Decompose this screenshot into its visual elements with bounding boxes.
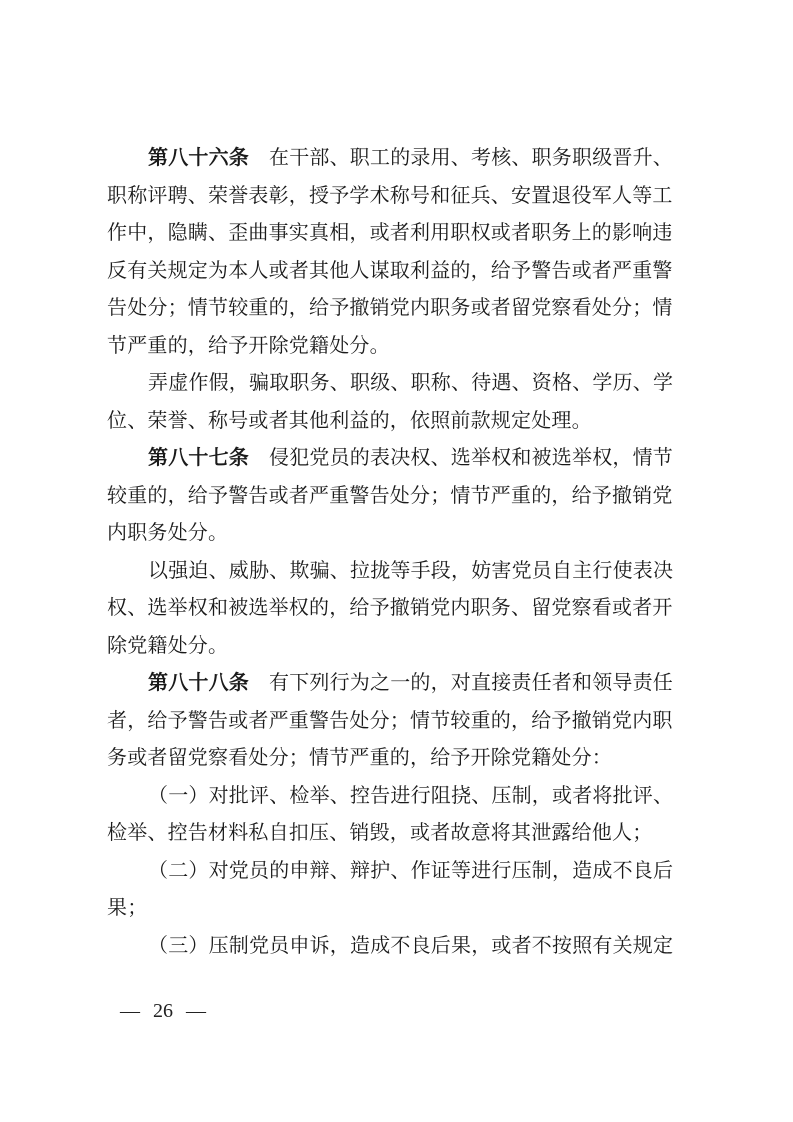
text-line: 检举、控告材料私自扣压、销毁，或者故意将其泄露给他人； [107, 814, 625, 852]
page-number: — 26 — [120, 1000, 206, 1023]
text-line: （一）对批评、检举、控告进行阻挠、压制，或者将批评、 [107, 777, 625, 815]
text-line: 第八十六条在干部、职工的录用、考核、职务职级晋升、 [107, 139, 625, 177]
text-line: 第八十七条侵犯党员的表决权、选举权和被选举权，情节 [107, 439, 625, 477]
text-line: 内职务处分。 [107, 514, 625, 552]
text-line: 弄虚作假，骗取职务、职级、职称、待遇、资格、学历、学 [107, 364, 625, 402]
text-line: 节严重的，给予开除党籍处分。 [107, 327, 625, 365]
text-line: 权、选举权和被选举权的，给予撤销党内职务、留党察看或者开 [107, 589, 625, 627]
text-line: 务或者留党察看处分；情节严重的，给予开除党籍处分： [107, 739, 625, 777]
text-line: 告处分；情节较重的，给予撤销党内职务或者留党察看处分；情 [107, 289, 625, 327]
article-heading: 第八十八条 [148, 670, 249, 694]
article-heading: 第八十六条 [148, 145, 249, 169]
text-line: 除党籍处分。 [107, 627, 625, 665]
text-line: 以强迫、威胁、欺骗、拉拢等手段，妨害党员自主行使表决 [107, 552, 625, 590]
text-line: 第八十八条有下列行为之一的，对直接责任者和领导责任 [107, 664, 625, 702]
text-line: 果； [107, 889, 625, 927]
article-heading: 第八十七条 [148, 445, 249, 469]
document-body: 第八十六条在干部、职工的录用、考核、职务职级晋升、 职称评聘、荣誉表彰，授予学术… [107, 139, 625, 964]
text-line: （二）对党员的申辩、辩护、作证等进行压制，造成不良后 [107, 852, 625, 890]
text-line: 位、荣誉、称号或者其他利益的，依照前款规定处理。 [107, 402, 625, 440]
text-line: （三）压制党员申诉，造成不良后果，或者不按照有关规定 [107, 927, 625, 965]
text-line: 较重的，给予警告或者严重警告处分；情节严重的，给予撤销党 [107, 477, 625, 515]
text-line: 作中，隐瞒、歪曲事实真相，或者利用职权或者职务上的影响违 [107, 214, 625, 252]
text-line: 职称评聘、荣誉表彰，授予学术称号和征兵、安置退役军人等工 [107, 177, 625, 215]
text-line: 反有关规定为本人或者其他人谋取利益的，给予警告或者严重警 [107, 252, 625, 290]
text-line: 者，给予警告或者严重警告处分；情节较重的，给予撤销党内职 [107, 702, 625, 740]
